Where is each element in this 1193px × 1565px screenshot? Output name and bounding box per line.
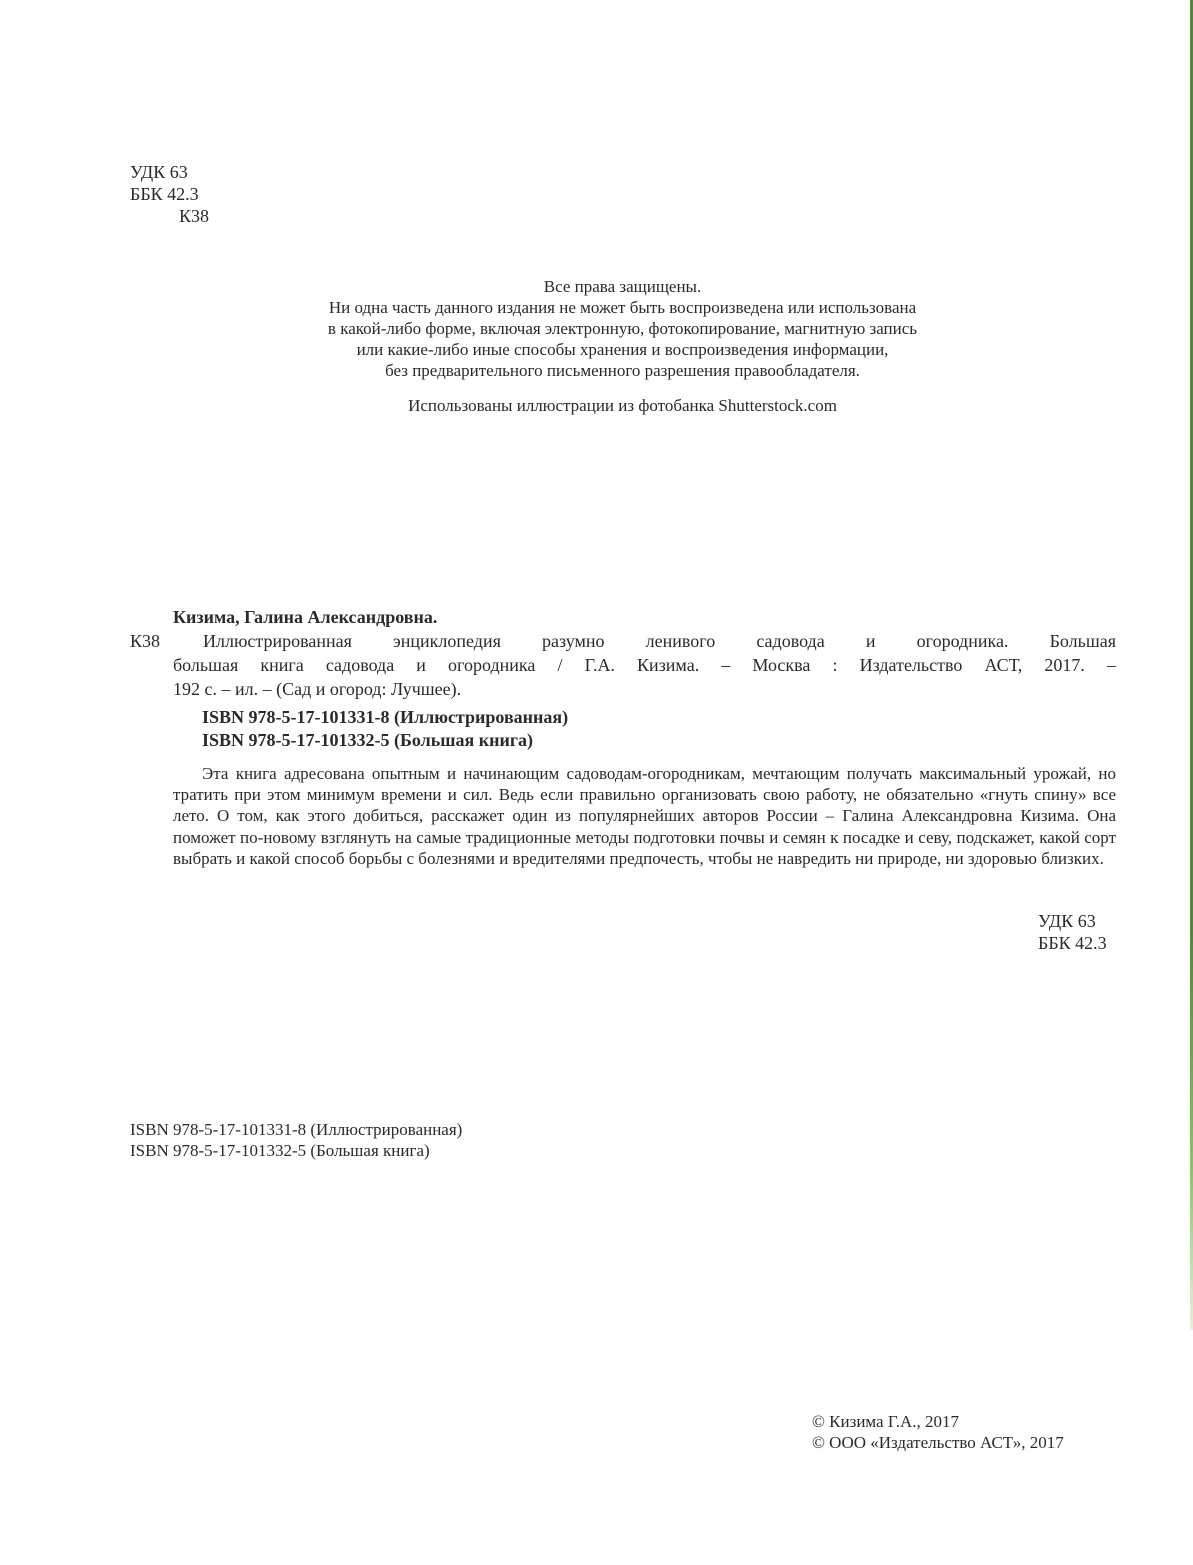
udk-code: УДК 63 (1038, 910, 1107, 932)
bib-description-line: 192 с. – ил. – (Сад и огород: Лучшее). (173, 677, 1116, 701)
udk-code: УДК 63 (130, 161, 209, 183)
rights-notice: Все права защищены. Ни одна часть данног… (0, 276, 1193, 416)
annotation-paragraph: Эта книга адресована опытным и начинающи… (173, 763, 1116, 869)
bibliographic-record: К38 Иллюстрированная энциклопедия разумн… (130, 629, 1116, 701)
rights-line: без предварительного письменного разреше… (0, 360, 1193, 381)
rights-line: Ни одна часть данного издания не может б… (0, 297, 1193, 318)
bib-author-mark: К38 (130, 629, 160, 653)
bib-description-line: Иллюстрированная энциклопедия разумно ле… (173, 629, 1116, 653)
bib-isbn: ISBN 978-5-17-101331-8 (Иллюстрированная… (202, 706, 568, 729)
classification-top: УДК 63 ББК 42.3 К38 (130, 161, 209, 227)
bbk-code: ББК 42.3 (1038, 932, 1107, 954)
copyright-line: © ООО «Издательство АСТ», 2017 (812, 1432, 1064, 1453)
bbk-code: ББК 42.3 (130, 183, 209, 205)
classification-bottom: УДК 63 ББК 42.3 (1038, 910, 1107, 954)
isbn-list: ISBN 978-5-17-101331-8 (Иллюстрированная… (130, 1119, 462, 1161)
bib-description-line: большая книга садовода и огородника / Г.… (173, 653, 1116, 677)
copyright-notice: © Кизима Г.А., 2017 © ООО «Издательство … (812, 1411, 1064, 1453)
rights-line: или какие-либо иные способы хранения и в… (0, 339, 1193, 360)
author-heading: Кизима, Галина Александровна. (173, 605, 437, 629)
rights-line: Все права защищены. (0, 276, 1193, 297)
rights-line: в какой-либо форме, включая электронную,… (0, 318, 1193, 339)
isbn-entry: ISBN 978-5-17-101332-5 (Большая книга) (130, 1140, 462, 1161)
illustrations-note: Использованы иллюстрации из фотобанка Sh… (0, 395, 1193, 416)
copyright-line: © Кизима Г.А., 2017 (812, 1411, 1064, 1432)
author-mark: К38 (130, 205, 209, 227)
isbn-entry: ISBN 978-5-17-101331-8 (Иллюстрированная… (130, 1119, 462, 1140)
bib-isbn: ISBN 978-5-17-101332-5 (Большая книга) (202, 729, 568, 752)
bib-isbn-list: ISBN 978-5-17-101331-8 (Иллюстрированная… (202, 706, 568, 752)
